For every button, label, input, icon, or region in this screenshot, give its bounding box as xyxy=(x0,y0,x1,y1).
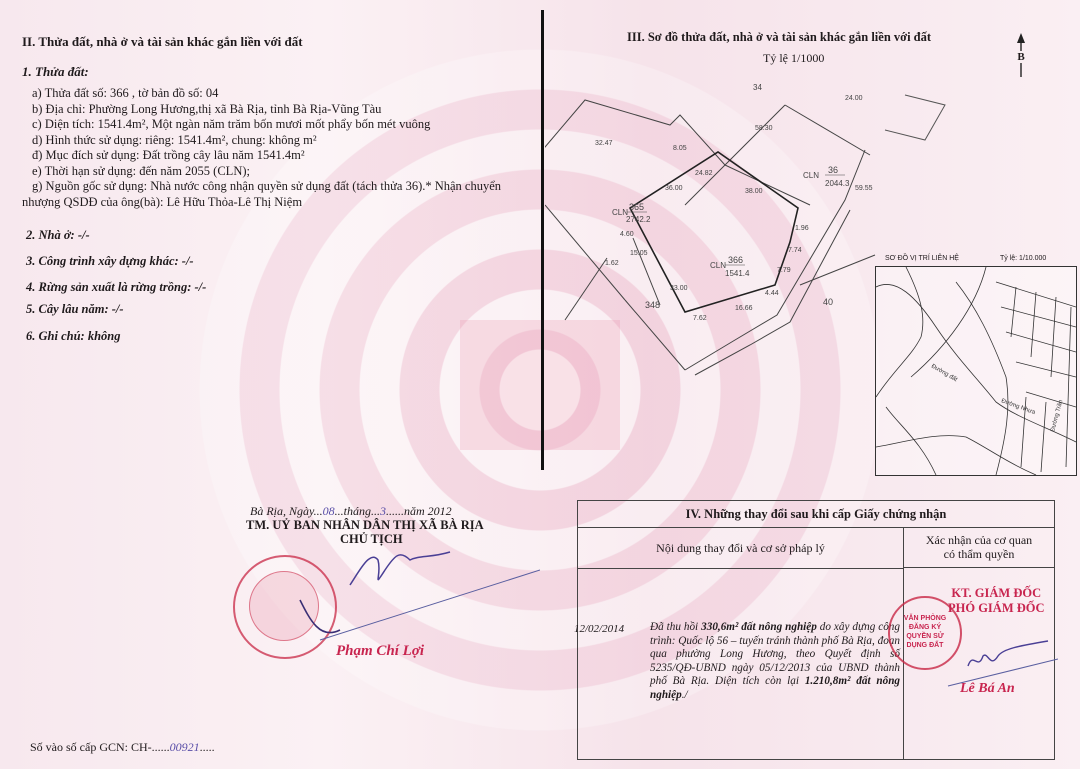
svg-text:36.00: 36.00 xyxy=(665,185,683,192)
right-page: III. Sơ đồ thửa đất, nhà ở và tài sản kh… xyxy=(545,0,1080,769)
svg-text:Đường Trần: Đường Trần xyxy=(1050,399,1064,432)
item-forest: 4. Rừng sản xuất là rừng trồng: -/- xyxy=(26,280,206,295)
change-entry-content: Đã thu hồi 330,6m² đất nông nghiệp do xâ… xyxy=(650,621,900,702)
section-iii-title: III. Sơ đồ thửa đất, nhà ở và tài sản kh… xyxy=(627,30,931,45)
svg-text:CLN: CLN xyxy=(710,261,726,270)
svg-text:1541.4: 1541.4 xyxy=(725,269,750,278)
issue-day: 08 xyxy=(323,504,335,518)
location-map-scale: Tỷ lệ: 1/10.000 xyxy=(1000,255,1046,262)
section-ii-title: II. Thửa đất, nhà ở và tài sản khác gắn … xyxy=(22,34,303,50)
svg-text:38.00: 38.00 xyxy=(745,188,763,195)
land-detail-address: b) Địa chỉ: Phường Long Hương,thị xã Bà … xyxy=(32,102,501,118)
svg-text:4.60: 4.60 xyxy=(620,231,634,238)
svg-text:58.30: 58.30 xyxy=(755,125,773,132)
svg-text:7.62: 7.62 xyxy=(693,315,707,322)
signer-name-right: Lê Bá An xyxy=(960,681,1015,697)
svg-text:4.44: 4.44 xyxy=(765,290,779,297)
svg-text:40: 40 xyxy=(823,297,833,307)
changes-table: IV. Những thay đổi sau khi cấp Giấy chứn… xyxy=(577,500,1055,760)
svg-text:CLN: CLN xyxy=(803,171,819,180)
land-detail-area: c) Diện tích: 1541.4m², Một ngàn năm tră… xyxy=(32,117,501,133)
svg-text:2742.2: 2742.2 xyxy=(626,215,651,224)
item-notes: 6. Ghi chú: không xyxy=(26,329,120,344)
left-page: II. Thửa đất, nhà ở và tài sản khác gắn … xyxy=(0,0,540,769)
svg-text:15.05: 15.05 xyxy=(630,250,648,257)
svg-text:24.00: 24.00 xyxy=(845,95,863,102)
land-detail-usage-form: d) Hình thức sử dụng: riêng: 1541.4m², c… xyxy=(32,133,501,149)
item-perennial: 5. Cây lâu năm: -/- xyxy=(26,302,124,317)
issue-date: Bà Rịa, Ngày...08...tháng...3......năm 2… xyxy=(250,504,452,519)
location-map-streets: Đường đất Đường Nhựa Đường Trần xyxy=(876,267,1076,475)
registry-number-value: 00921 xyxy=(170,740,200,754)
subsection-land-title: 1. Thửa đất: xyxy=(22,64,89,80)
svg-text:33.00: 33.00 xyxy=(670,285,688,292)
svg-text:Đường đất: Đường đất xyxy=(930,364,958,384)
item-construction: 3. Công trình xây dựng khác: -/- xyxy=(26,254,194,269)
changes-title: IV. Những thay đổi sau khi cấp Giấy chứn… xyxy=(578,501,1054,528)
svg-text:59.55: 59.55 xyxy=(855,185,873,192)
changes-col-content-header: Nội dung thay đổi và cơ sở pháp lý xyxy=(578,528,904,569)
svg-text:34: 34 xyxy=(753,83,762,92)
land-details-list: a) Thửa đất số: 366 , tờ bản đồ số: 04 b… xyxy=(32,86,501,210)
land-detail-origin: g) Nguồn gốc sử dụng: Nhà nước công nhận… xyxy=(32,179,501,195)
svg-text:348: 348 xyxy=(645,300,660,310)
page-fold-line xyxy=(541,10,544,470)
svg-text:24.82: 24.82 xyxy=(695,170,713,177)
land-detail-parcel: a) Thửa đất số: 366 , tờ bản đồ số: 04 xyxy=(32,86,501,102)
svg-text:366: 366 xyxy=(728,255,743,265)
signer-name-left: Phạm Chí Lợi xyxy=(336,643,424,660)
svg-text:1.62: 1.62 xyxy=(605,260,619,267)
land-detail-origin-cont: nhượng QSDĐ của ông(bà): Lê Hữu Thỏa-Lê … xyxy=(22,195,501,211)
changes-col-confirm-header: Xác nhận của cơ quan có thẩm quyền xyxy=(904,528,1054,568)
svg-text:Đường Nhựa: Đường Nhựa xyxy=(1000,398,1036,416)
change-entry-date: 12/02/2014 xyxy=(574,623,624,635)
item-house: 2. Nhà ở: -/- xyxy=(26,228,90,243)
registry-number: Số vào số cấp GCN: CH-......00921..... xyxy=(30,740,215,755)
svg-text:8.05: 8.05 xyxy=(673,145,687,152)
land-detail-purpose: đ) Mục đích sử dụng: Đất trồng cây lâu n… xyxy=(32,148,501,164)
confirmation-title: KT. GIÁM ĐỐC PHÓ GIÁM ĐỐC xyxy=(948,586,1045,616)
land-detail-term: e) Thời hạn sử dụng: đến năm 2055 (CLN); xyxy=(32,164,501,180)
svg-text:7.74: 7.74 xyxy=(788,247,802,254)
svg-text:2044.3: 2044.3 xyxy=(825,179,850,188)
location-map-title: SƠ ĐỒ VỊ TRÍ LIÊN HỆ xyxy=(885,255,959,262)
svg-text:365: 365 xyxy=(629,202,644,212)
svg-text:32.47: 32.47 xyxy=(595,140,613,147)
svg-text:36: 36 xyxy=(828,165,838,175)
svg-text:16.66: 16.66 xyxy=(735,305,753,312)
svg-text:7.79: 7.79 xyxy=(777,267,791,274)
svg-text:1.96: 1.96 xyxy=(795,225,809,232)
location-map: Đường đất Đường Nhựa Đường Trần xyxy=(875,266,1077,476)
